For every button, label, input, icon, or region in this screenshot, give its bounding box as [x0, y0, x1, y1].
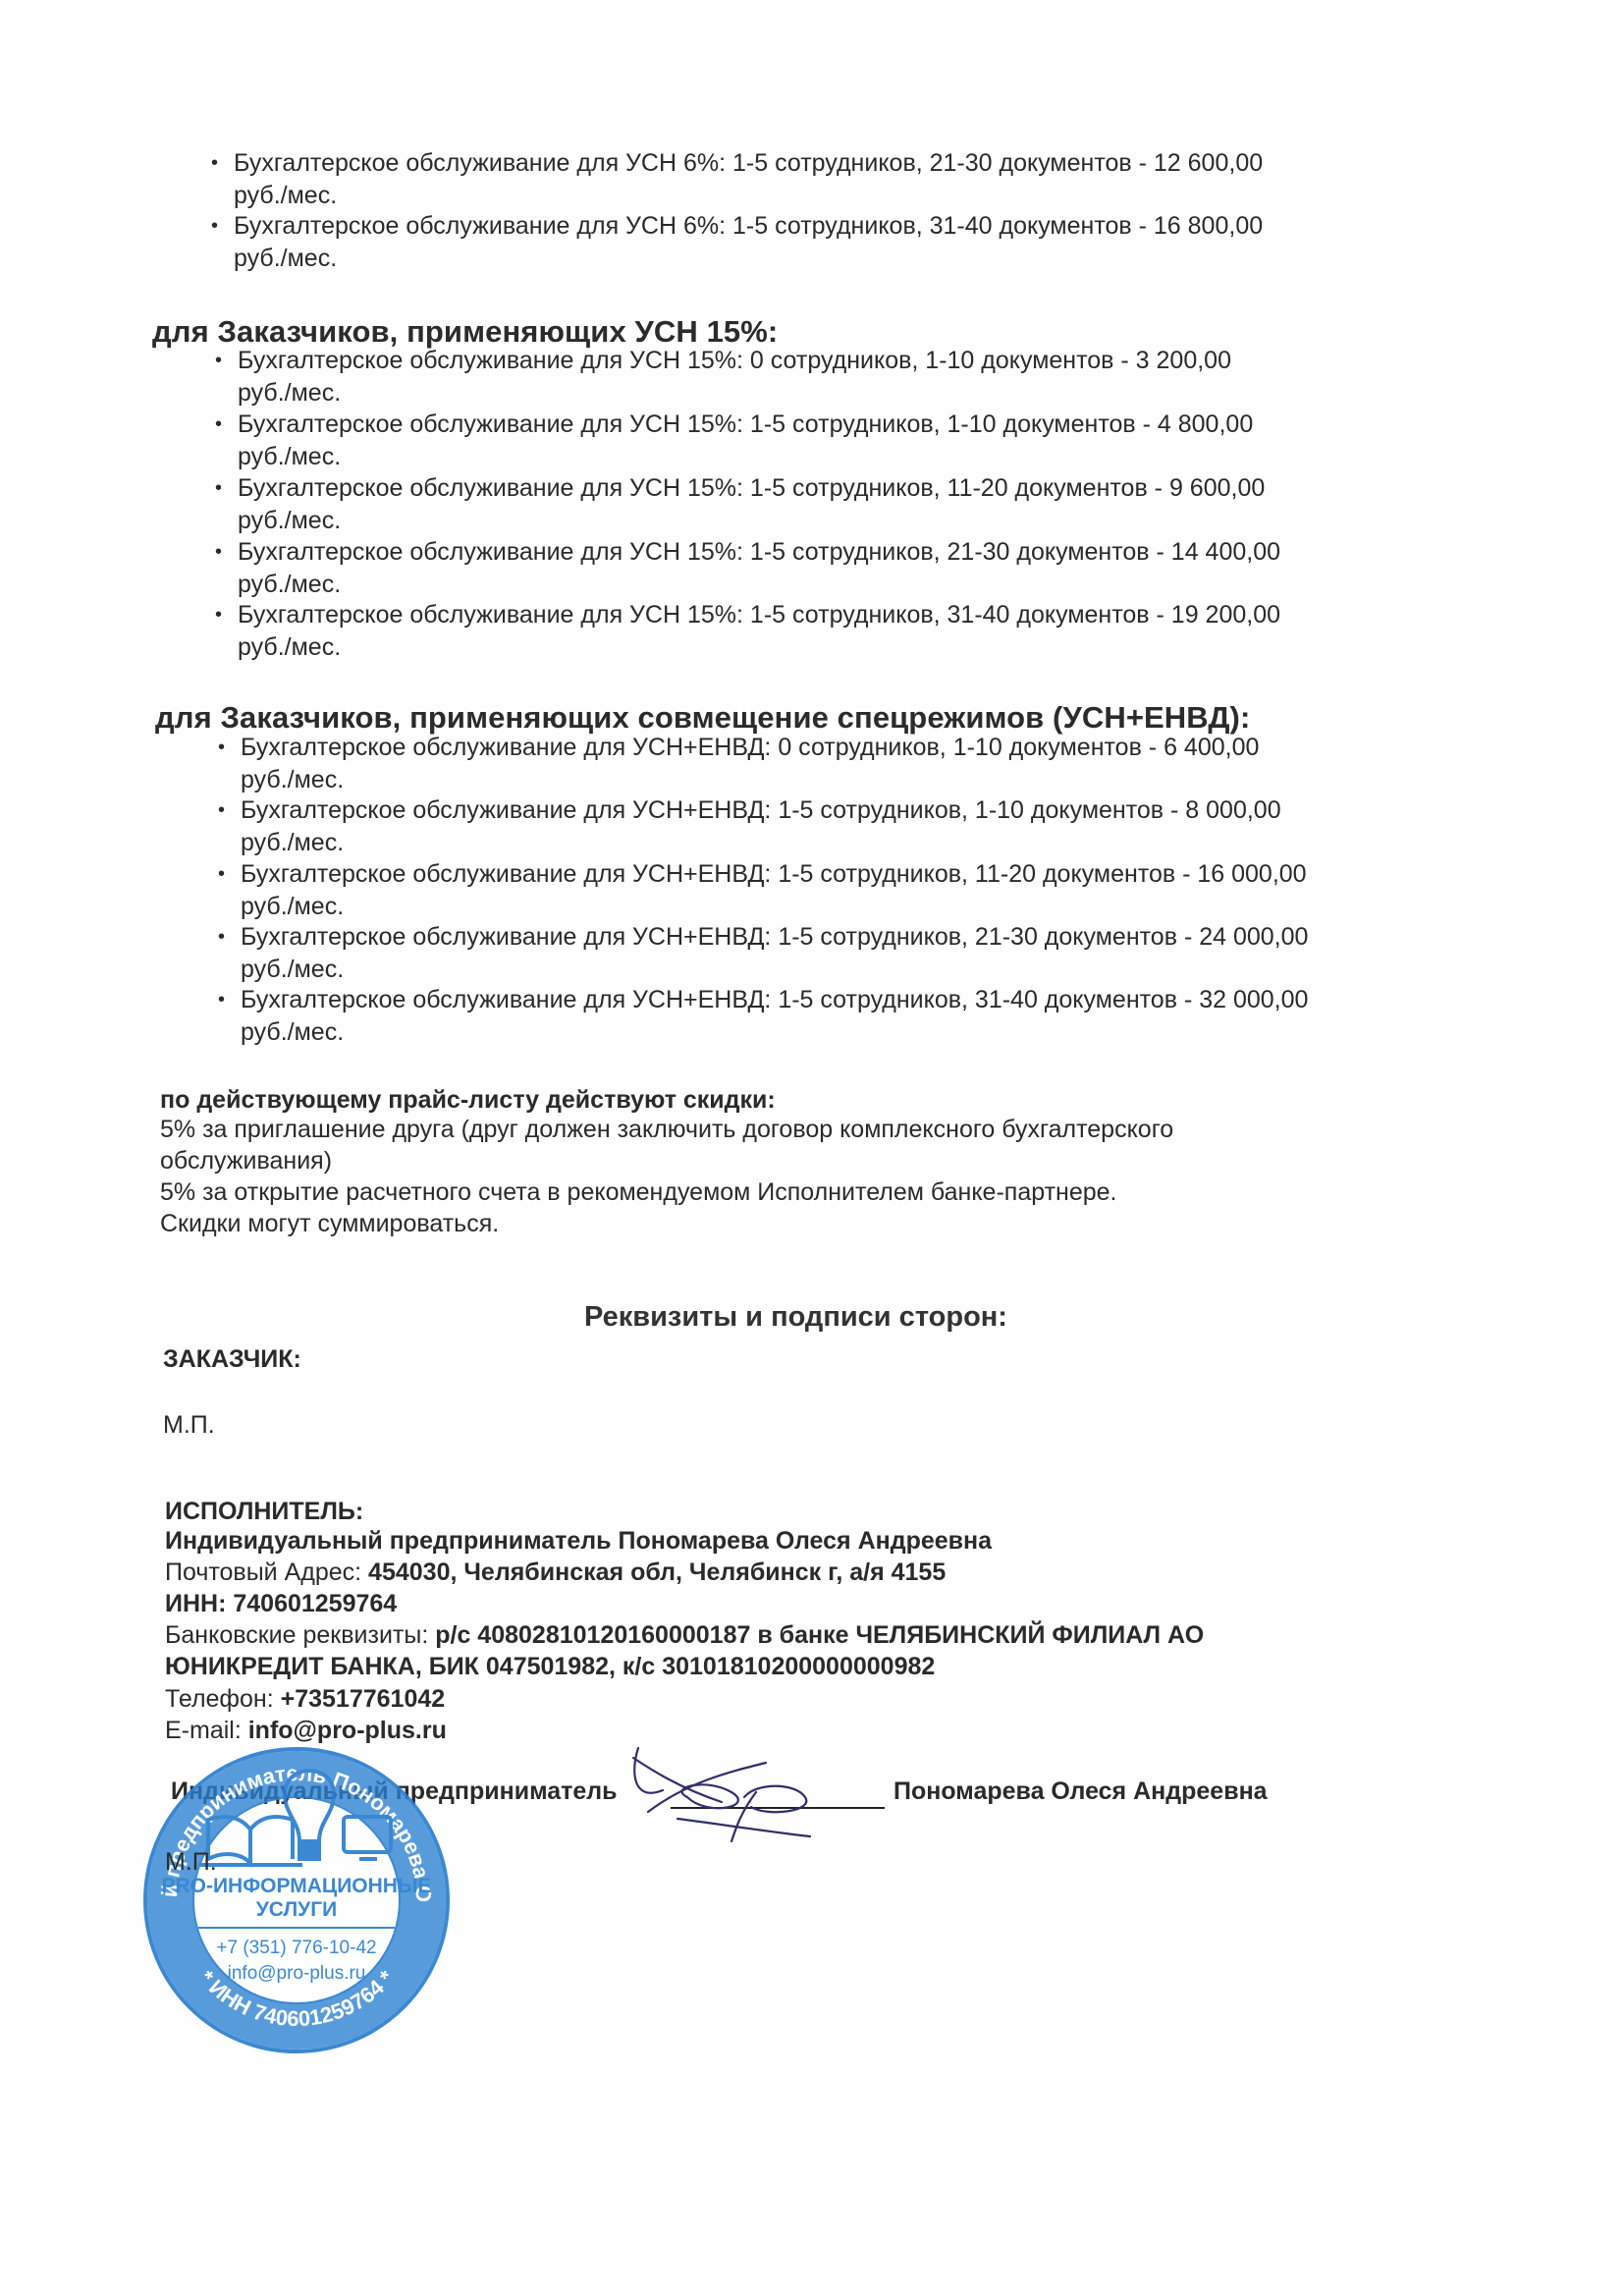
discount-line: 5% за приглашение друга (друг должен зак…	[160, 1114, 1173, 1146]
contractor-bank: Банковские реквизиты: р/с 40802810120160…	[165, 1619, 1204, 1652]
company-stamp: Индивидуальный предприниматель Пономарев…	[137, 1743, 461, 2057]
bullet-icon: •	[211, 147, 218, 180]
bullet-icon: •	[218, 794, 225, 827]
list-item: • Бухгалтерское обслуживание для УСН+ЕНВ…	[241, 794, 1419, 859]
contractor-postal: Почтовый Адрес: 454030, Челябинская обл,…	[165, 1557, 946, 1589]
customer-label: ЗАКАЗЧИК:	[163, 1343, 301, 1376]
discount-line: 5% за открытие расчетного счета в рекоме…	[160, 1176, 1117, 1209]
discounts-heading: по действующему прайс-листу действуют ск…	[160, 1084, 776, 1117]
bullet-icon: •	[215, 409, 222, 441]
contractor-phone: Телефон: +73517761042	[165, 1683, 445, 1716]
bullet-icon: •	[215, 472, 222, 505]
list-item: • Бухгалтерское обслуживание для УСН 15%…	[238, 599, 1416, 664]
bullet-icon: •	[211, 210, 218, 243]
discount-line: Скидки могут суммироваться.	[160, 1208, 499, 1240]
section-heading-usn-envd: для Заказчиков, применяющих совмещение с…	[155, 700, 1250, 736]
list-item: • Бухгалтерское обслуживание для УСН+ЕНВ…	[241, 984, 1419, 1049]
list-item: • Бухгалтерское обслуживание для УСН 15%…	[238, 472, 1416, 537]
bullet-icon: •	[218, 858, 225, 891]
requisites-title: Реквизиты и подписи сторон:	[584, 1301, 1007, 1334]
signature-name: Пономарева Олеся Андреевна	[893, 1776, 1268, 1808]
contractor-bank-line2: ЮНИКРЕДИТ БАНКА, БИК 047501982, к/с 3010…	[165, 1651, 935, 1683]
list-item: • Бухгалтерское обслуживание для УСН+ЕНВ…	[241, 858, 1419, 923]
stamp-title-line2: УСЛУГИ	[256, 1898, 338, 1921]
bullet-icon: •	[215, 536, 222, 569]
bullet-icon: •	[218, 984, 225, 1016]
customer-stamp-mark: М.П.	[163, 1409, 215, 1442]
document-page: • Бухгалтерское обслуживание для УСН 6%:…	[0, 0, 1624, 2296]
bullet-icon: •	[215, 599, 222, 631]
list-item: • Бухгалтерское обслуживание для УСН 15%…	[238, 536, 1416, 601]
bullet-icon: •	[218, 921, 225, 954]
stamp-email: info@pro-plus.ru	[228, 1963, 366, 1984]
contractor-inn: ИНН: 740601259764	[165, 1588, 397, 1620]
list-item: • Бухгалтерское обслуживание для УСН 6%:…	[234, 210, 1412, 275]
bullet-icon: •	[218, 732, 225, 764]
list-item: • Бухгалтерское обслуживание для УСН 15%…	[238, 345, 1416, 410]
discount-line: обслуживания)	[160, 1145, 332, 1177]
list-item: • Бухгалтерское обслуживание для УСН+ЕНВ…	[241, 921, 1419, 986]
bullet-icon: •	[215, 345, 222, 377]
list-item: • Бухгалтерское обслуживание для УСН+ЕНВ…	[241, 732, 1419, 796]
list-item: • Бухгалтерское обслуживание для УСН 6%:…	[234, 147, 1412, 212]
handwritten-signature-icon	[628, 1743, 884, 1851]
stamp-phone: +7 (351) 776-10-42	[216, 1938, 376, 1958]
contractor-stamp-mark: М.П.	[165, 1846, 217, 1879]
list-item: • Бухгалтерское обслуживание для УСН 15%…	[238, 409, 1416, 473]
contractor-label: ИСПОЛНИТЕЛЬ:	[165, 1496, 363, 1528]
contractor-name: Индивидуальный предприниматель Пономарев…	[165, 1525, 992, 1558]
